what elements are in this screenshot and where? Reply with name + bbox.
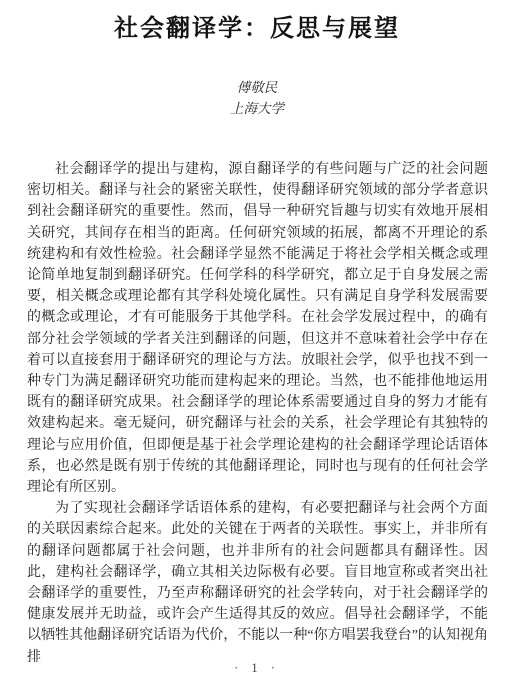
- author-name: 傅敬民: [0, 77, 514, 98]
- byline: 傅敬民 上海大学: [0, 77, 514, 119]
- paragraph-2: 为了实现社会翻译学话语体系的建构，有必要把翻译与社会两个方面的关联因素综合起来。…: [27, 498, 488, 668]
- paragraph-1: 社会翻译学的提出与建构，源自翻译学的有些问题与广泛的社会问题密切相关。翻译与社会…: [27, 159, 488, 498]
- document-page: 社会翻译学：反思与展望 傅敬民 上海大学 社会翻译学的提出与建构，源自翻译学的有…: [0, 0, 514, 700]
- article-title: 社会翻译学：反思与展望: [0, 12, 514, 46]
- article-body: 社会翻译学的提出与建构，源自翻译学的有些问题与广泛的社会问题密切相关。翻译与社会…: [27, 159, 488, 668]
- page-number: · 1 ·: [0, 661, 514, 676]
- author-affiliation: 上海大学: [0, 98, 514, 119]
